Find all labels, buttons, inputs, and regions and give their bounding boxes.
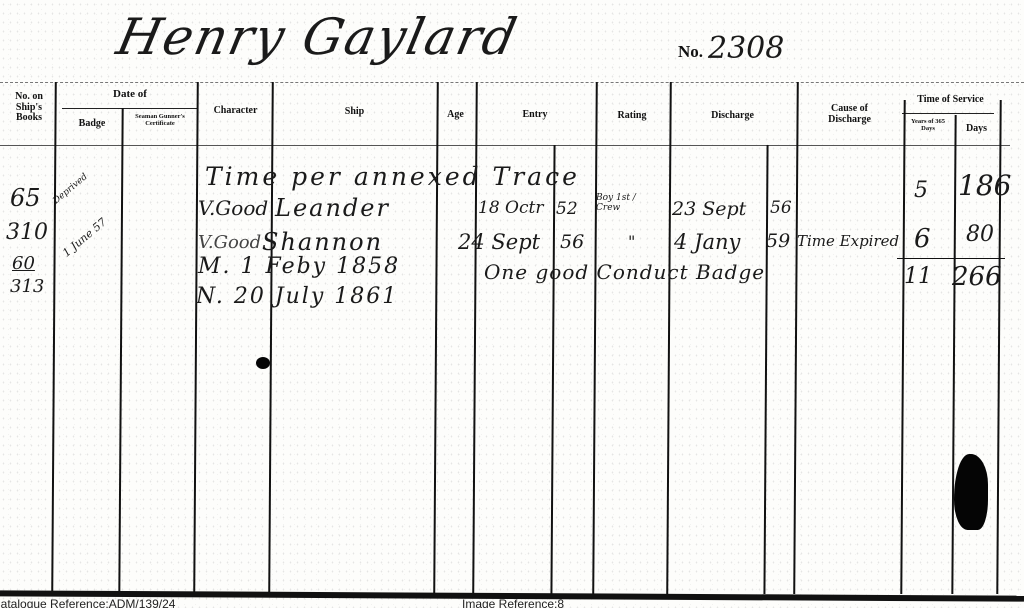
row2-discharge-year: 59	[766, 232, 790, 251]
col-line-3	[193, 82, 198, 594]
row1-entry-year: 52	[556, 201, 578, 218]
header-seaman-gunners-certificate: Seaman Gunner's Certificate	[130, 114, 190, 128]
total-rule	[897, 258, 1005, 259]
row2-entry-year: 56	[560, 233, 584, 252]
ships-book-number-4: 313	[10, 278, 44, 296]
header-age: Age	[437, 110, 474, 121]
ink-dot	[256, 357, 270, 369]
total-days: 266	[952, 264, 1002, 290]
row1-discharge-year: 56	[770, 200, 792, 217]
row2-years: 6	[914, 226, 931, 252]
row1-character: V.Good	[198, 198, 268, 218]
row1-entry-date: 18 Octr	[478, 200, 543, 217]
row1-rating: Boy 1st / Crew	[596, 194, 646, 214]
row2-cause: Time Expired	[797, 234, 899, 249]
row1-years: 5	[914, 180, 928, 202]
badge-note-deprived: Deprived	[52, 173, 90, 207]
ships-book-number-3: 60	[12, 255, 35, 273]
ships-book-number-2: 310	[6, 222, 48, 244]
row2-entry-date: 24 Sept	[458, 232, 540, 253]
col-line-9	[666, 82, 671, 594]
time-of-service-divider	[902, 113, 994, 114]
col-line-8	[592, 82, 597, 594]
col-line-5	[433, 82, 438, 594]
total-years: 11	[904, 266, 932, 288]
header-cause-of-discharge: Cause of Discharge	[822, 104, 877, 125]
col-line-13	[951, 115, 956, 594]
row2-ship: Shannon	[262, 230, 383, 254]
header-days: Days	[955, 124, 998, 135]
header-no-on-ships-books: No. on Ship's Books	[8, 92, 50, 124]
col-line-11	[793, 82, 798, 594]
date-of-divider	[62, 108, 198, 109]
header-years-of-365-days: Years of 365 Days	[904, 119, 952, 133]
col-line-1	[51, 82, 56, 594]
col-line-4	[268, 82, 273, 594]
header-character: Character	[198, 106, 273, 117]
header-bottom-border	[0, 145, 1010, 146]
row2-rating: "	[628, 234, 635, 250]
catalogue-reference: Catalogue Reference:ADM/139/24	[0, 597, 175, 608]
row1-discharge-date: 23 Sept	[672, 200, 746, 219]
row1-days: 186	[958, 172, 1011, 200]
record-number-value: 2308	[708, 34, 784, 64]
col-line-12	[900, 100, 905, 594]
col-line-7	[550, 145, 555, 594]
ships-book-number-1: 65	[10, 186, 41, 210]
row2-days: 80	[966, 224, 994, 246]
header-ship: Ship	[272, 107, 437, 118]
badge-note-date: 1 June 57	[61, 216, 109, 259]
conduct-note: One good Conduct Badge	[484, 262, 765, 282]
header-time-of-service: Time of Service	[903, 95, 998, 106]
ink-blot	[954, 454, 988, 530]
row1-ship: Leander	[275, 196, 390, 220]
character-note-1: M. 1 Feby 1858	[198, 256, 400, 278]
header-rating: Rating	[596, 111, 668, 122]
record-number-label: No.	[678, 42, 703, 62]
image-reference: Image Reference:8	[462, 597, 564, 608]
col-line-2	[118, 108, 123, 594]
row2-character: V.Good	[198, 234, 261, 252]
col-line-6	[472, 82, 477, 594]
table-top-border	[0, 82, 1024, 84]
character-note-2: N. 20 July 1861	[196, 286, 398, 308]
col-line-10	[763, 145, 768, 594]
header-badge: Badge	[62, 119, 122, 130]
header-discharge: Discharge	[670, 111, 795, 122]
header-date-of: Date of	[62, 89, 198, 101]
row2-discharge-date: 4 Jany	[674, 232, 740, 253]
sailor-name: Henry Gaylard	[113, 12, 523, 62]
header-entry: Entry	[476, 110, 594, 121]
time-per-annexed-trace: Time per annexed Trace	[205, 164, 580, 189]
